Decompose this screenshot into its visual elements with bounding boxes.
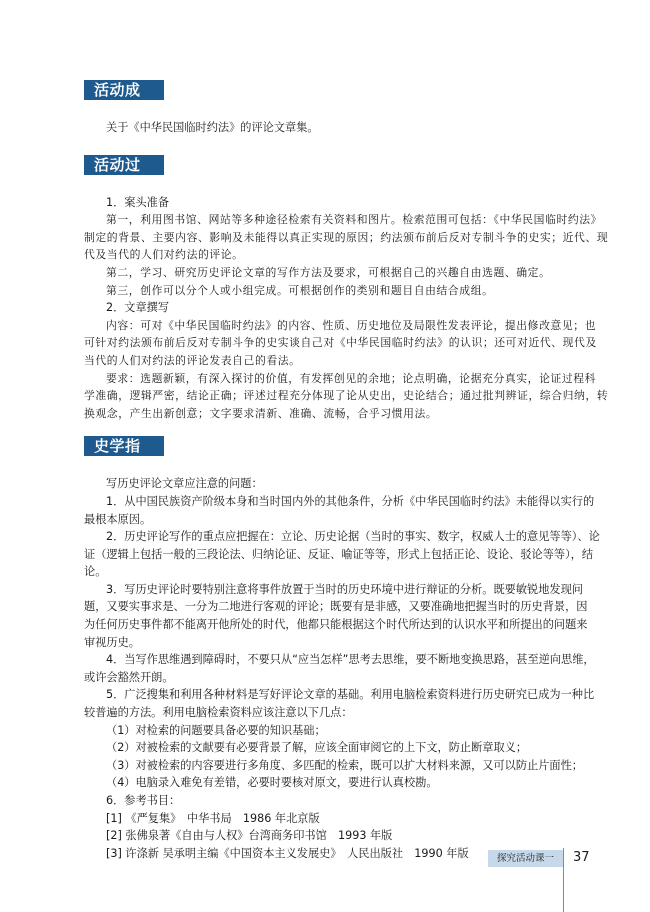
step2-line: 学准确，逻辑严密，结论正确；评述过程充分体现了论从史出，史论结合；通过批判辨证，…: [84, 387, 570, 405]
section-header-process: 活动过程: [84, 155, 164, 175]
reference-item: [1] 《严复集》 中华书局 1986 年北京版: [84, 810, 570, 828]
guidance-intro: 写历史评论文章应注意的问题：: [84, 475, 570, 493]
page-number: 37: [573, 848, 590, 868]
chapter-tab: 探究活动课一: [488, 850, 563, 867]
textbook-page: 活动成果 关于《中华民国临时约法》的评论文章集。 活动过程 1．案头准备 第一，…: [84, 80, 570, 862]
references-title: 6．参考书目：: [84, 792, 570, 810]
search-point: （3）对被检索的内容要进行多角度、多匹配的检索，既可以扩大材料来源，又可以防止片…: [84, 757, 570, 775]
guidance-line: 题，又要实事求是、一分为二地进行客观的评论；既要有是非感，又要准确地把握当时的历…: [84, 598, 570, 616]
guidance-line: 1．从中国民族资产阶级本身和当时国内外的其他条件，分析《中华民国临时约法》未能得…: [84, 493, 570, 511]
step1-title: 1．案头准备: [84, 194, 570, 212]
guidance-line: 论。: [84, 563, 570, 581]
guidance-line: 较普遍的方法。利用电脑检索资料应该注意以下几点：: [84, 704, 570, 722]
section-header-guidance: 史学指导: [84, 436, 164, 456]
guidance-line: 证（逻辑上包括一般的三段论法、归纳论证、反证、喻证等等，形式上包括正论、设论、驳…: [84, 546, 570, 564]
result-text: 关于《中华民国临时约法》的评论文章集。: [84, 119, 570, 137]
guidance-line: 为任何历史事件都不能离开他所处的时代，他都只能根据这个时代所达到的认识水平和所提…: [84, 616, 570, 634]
reference-item: [2] 张佛泉著《自由与人权》台湾商务印书馆 1993 年版: [84, 827, 570, 845]
guidance-line: 最根本原因。: [84, 511, 570, 529]
guidance-line: 2．历史评论写作的重点应把握在：立论、历史论据（当时的事实、数字，权威人士的意见…: [84, 528, 570, 546]
guidance-line: 5．广泛搜集和利用各种材料是写好评论文章的基础。利用电脑检索资料进行历史研究已成…: [84, 686, 570, 704]
step2-line: 换观念，产生出新创意；文字要求清新、准确、流畅，合乎习惯用法。: [84, 405, 570, 423]
step1-line: 制定的背景、主要内容、影响及未能得以真正实现的原因；约法颁布前后反对专制斗争的史…: [84, 229, 570, 247]
step1-line: 代及当代的人们对约法的评论。: [84, 246, 570, 264]
step2-line: 要求：选题新颖，有深入探讨的价值，有发挥创见的余地；论点明确，论据充分真实，论证…: [84, 370, 570, 388]
guidance-line: 或许会豁然开朗。: [84, 669, 570, 687]
guidance-line: 4．当写作思维遇到障碍时，不要只从“应当怎样”思考去思维，要不断地变换思路，甚至…: [84, 651, 570, 669]
section-header-result: 活动成果: [84, 80, 164, 100]
guidance-line: 3．写历史评论时要特别注意将事件放置于当时的历史环境中进行辩证的分析。既要敏锐地…: [84, 581, 570, 599]
search-point: （4）电脑录入难免有差错，必要时要核对原文，要进行认真校勘。: [84, 774, 570, 792]
guidance-line: 审视历史。: [84, 634, 570, 652]
step1-line: 第一，利用图书馆、网站等多种途径检索有关资料和图片。检索范围可包括：《中华民国临…: [84, 211, 570, 229]
step2-line: 内容：可对《中华民国临时约法》的内容、性质、历史地位及局限性发表评论，提出修改意…: [84, 317, 570, 335]
footer-divider: [563, 848, 564, 912]
step1-line: 第三，创作可以分个人或小组完成。可根据创作的类别和题目自由结合成组。: [84, 282, 570, 300]
step2-line: 当代的人们对约法的评论发表自己的看法。: [84, 352, 570, 370]
step2-line: 可针对约法颁布前后反对专制斗争的史实谈自己对《中华民国临时约法》的认识；还可对近…: [84, 334, 570, 352]
step1-line: 第二，学习、研究历史评论文章的写作方法及要求，可根据自己的兴趣自由选题、确定。: [84, 264, 570, 282]
search-point: （2）对被检索的文献要有必要背景了解，应该全面审阅它的上下文，防止断章取义；: [84, 739, 570, 757]
search-point: （1）对检索的问题要具备必要的知识基础；: [84, 722, 570, 740]
step2-title: 2．文章撰写: [84, 299, 570, 317]
